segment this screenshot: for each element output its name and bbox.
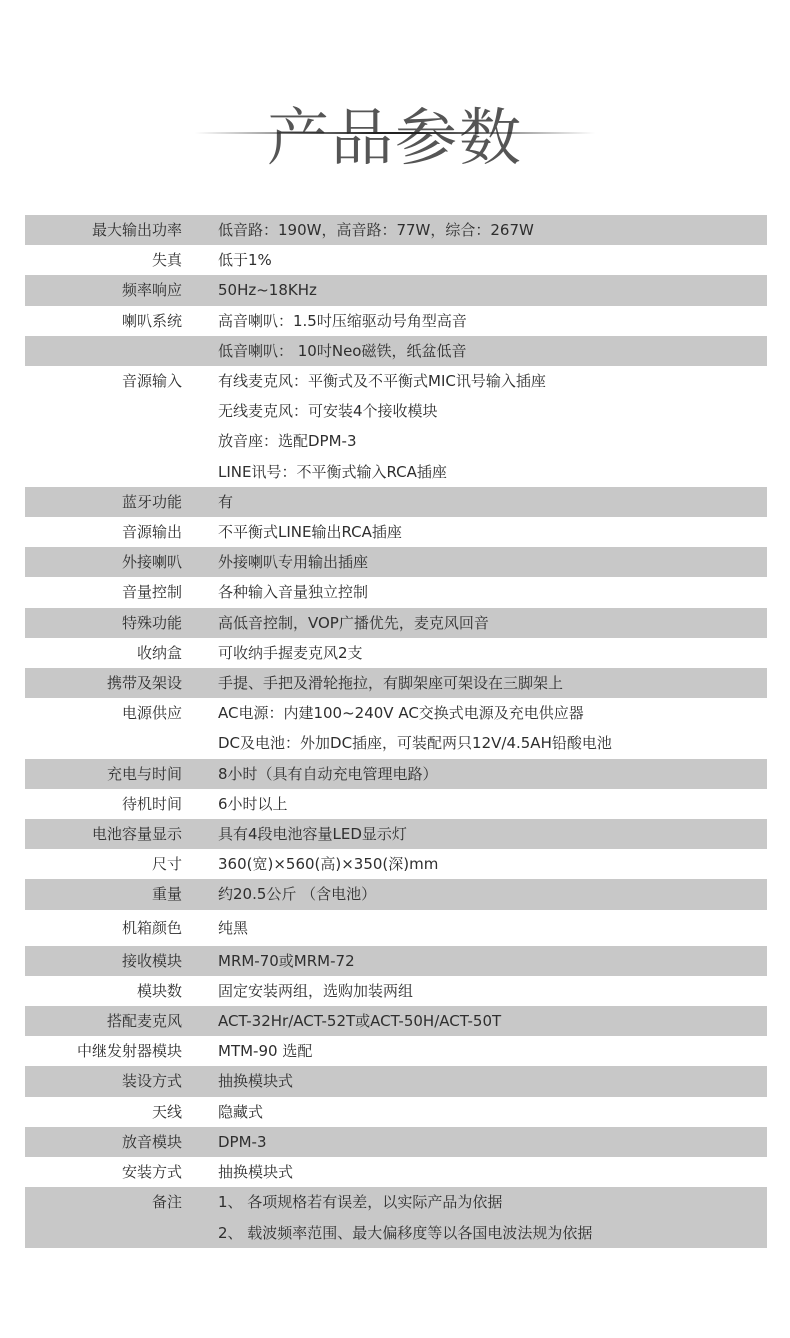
spec-row: 频率响应50Hz~18KHz: [25, 275, 767, 305]
spec-value: 各种输入音量独立控制: [218, 577, 767, 607]
spec-values: 固定安装两组，选购加装两组: [182, 976, 767, 1006]
spec-values: ACT-32Hr/ACT-52T或ACT-50H/ACT-50T: [182, 1006, 767, 1036]
spec-row: 2、 载波频率范围、最大偏移度等以各国电波法规为依据: [25, 1218, 767, 1248]
spec-values: 50Hz~18KHz: [182, 275, 767, 305]
spec-row: 收纳盒可收纳手握麦克风2支: [25, 638, 767, 668]
spec-label: 音源输入: [25, 366, 182, 396]
spec-value: 低于1%: [218, 245, 767, 275]
spec-values: 无线麦克风：可安装4个接收模块: [182, 396, 767, 426]
spec-row: 机箱颜色纯黑: [25, 910, 767, 946]
spec-label: 重量: [25, 879, 182, 909]
spec-values: 抽换模块式: [182, 1066, 767, 1096]
spec-label: 电源供应: [25, 698, 182, 728]
spec-value: 抽换模块式: [218, 1066, 767, 1096]
spec-values: DPM-3: [182, 1127, 767, 1157]
spec-values: 6小时以上: [182, 789, 767, 819]
spec-row: 天线隐藏式: [25, 1097, 767, 1127]
spec-label: 接收模块: [25, 946, 182, 976]
spec-value: LINE讯号：不平衡式输入RCA插座: [218, 457, 767, 487]
page-title: 产品参数: [0, 100, 790, 176]
spec-value: 纯黑: [218, 910, 767, 946]
spec-row: LINE讯号：不平衡式输入RCA插座: [25, 457, 767, 487]
spec-label: [25, 396, 182, 426]
spec-label: 音源输出: [25, 517, 182, 547]
spec-label: 安装方式: [25, 1157, 182, 1187]
spec-values: 约20.5公斤 （含电池）: [182, 879, 767, 909]
spec-values: MTM-90 选配: [182, 1036, 767, 1066]
spec-label: [25, 728, 182, 758]
spec-row: 无线麦克风：可安装4个接收模块: [25, 396, 767, 426]
spec-label: 机箱颜色: [25, 910, 182, 946]
spec-label: 尺寸: [25, 849, 182, 879]
spec-value: DC及电池：外加DC插座，可装配两只12V/4.5AH铅酸电池: [218, 728, 767, 758]
spec-value: 有线麦克风：平衡式及不平衡式MIC讯号输入插座: [218, 366, 767, 396]
spec-row: 接收模块MRM-70或MRM-72: [25, 946, 767, 976]
spec-values: 有: [182, 487, 767, 517]
spec-label: 待机时间: [25, 789, 182, 819]
spec-value: 具有4段电池容量LED显示灯: [218, 819, 767, 849]
spec-values: 可收纳手握麦克风2支: [182, 638, 767, 668]
spec-values: 360(宽)×560(高)×350(深)mm: [182, 849, 767, 879]
spec-row: 失真低于1%: [25, 245, 767, 275]
spec-label: 充电与时间: [25, 759, 182, 789]
spec-value: MTM-90 选配: [218, 1036, 767, 1066]
spec-row: 待机时间6小时以上: [25, 789, 767, 819]
spec-row: 搭配麦克风ACT-32Hr/ACT-52T或ACT-50H/ACT-50T: [25, 1006, 767, 1036]
spec-values: 放音座：选配DPM-3: [182, 426, 767, 456]
spec-label: 天线: [25, 1097, 182, 1127]
spec-values: 有线麦克风：平衡式及不平衡式MIC讯号输入插座: [182, 366, 767, 396]
spec-values: 低音路：190W，高音路：77W，综合：267W: [182, 215, 767, 245]
spec-row: DC及电池：外加DC插座，可装配两只12V/4.5AH铅酸电池: [25, 728, 767, 758]
spec-values: AC电源：内建100~240V AC交换式电源及充电供应器: [182, 698, 767, 728]
spec-label: [25, 426, 182, 456]
spec-value: 8小时（具有自动充电管理电路）: [218, 759, 767, 789]
spec-value: MRM-70或MRM-72: [218, 946, 767, 976]
spec-value: 约20.5公斤 （含电池）: [218, 879, 767, 909]
spec-row: 外接喇叭外接喇叭专用输出插座: [25, 547, 767, 577]
spec-label: [25, 457, 182, 487]
spec-row: 音源输出不平衡式LINE输出RCA插座: [25, 517, 767, 547]
spec-row: 音量控制各种输入音量独立控制: [25, 577, 767, 607]
spec-values: 外接喇叭专用输出插座: [182, 547, 767, 577]
spec-label: 特殊功能: [25, 608, 182, 638]
spec-label: 中继发射器模块: [25, 1036, 182, 1066]
spec-label: 喇叭系统: [25, 306, 182, 336]
spec-value: 不平衡式LINE输出RCA插座: [218, 517, 767, 547]
spec-row: 喇叭系统高音喇叭：1.5吋压缩驱动号角型高音: [25, 306, 767, 336]
spec-label: 频率响应: [25, 275, 182, 305]
spec-label: 备注: [25, 1187, 182, 1217]
spec-value: DPM-3: [218, 1127, 767, 1157]
spec-value: 2、 载波频率范围、最大偏移度等以各国电波法规为依据: [218, 1218, 767, 1248]
spec-label: 搭配麦克风: [25, 1006, 182, 1036]
spec-values: 手提、手把及滑轮拖拉，有脚架座可架设在三脚架上: [182, 668, 767, 698]
spec-label: 电池容量显示: [25, 819, 182, 849]
spec-value: 可收纳手握麦克风2支: [218, 638, 767, 668]
spec-value: 隐藏式: [218, 1097, 767, 1127]
spec-value: 抽换模块式: [218, 1157, 767, 1187]
spec-row: 低音喇叭： 10吋Neo磁铁，纸盆低音: [25, 336, 767, 366]
spec-value: 手提、手把及滑轮拖拉，有脚架座可架设在三脚架上: [218, 668, 767, 698]
spec-value: 低音喇叭： 10吋Neo磁铁，纸盆低音: [218, 336, 767, 366]
spec-row: 模块数固定安装两组，选购加装两组: [25, 976, 767, 1006]
spec-value: 高音喇叭：1.5吋压缩驱动号角型高音: [218, 306, 767, 336]
spec-values: 8小时（具有自动充电管理电路）: [182, 759, 767, 789]
spec-values: 低于1%: [182, 245, 767, 275]
spec-value: 外接喇叭专用输出插座: [218, 547, 767, 577]
spec-values: 2、 载波频率范围、最大偏移度等以各国电波法规为依据: [182, 1218, 767, 1248]
spec-values: 各种输入音量独立控制: [182, 577, 767, 607]
spec-row: 音源输入有线麦克风：平衡式及不平衡式MIC讯号输入插座: [25, 366, 767, 396]
spec-values: 不平衡式LINE输出RCA插座: [182, 517, 767, 547]
spec-row: 电池容量显示具有4段电池容量LED显示灯: [25, 819, 767, 849]
spec-row: 放音模块DPM-3: [25, 1127, 767, 1157]
spec-values: 1、 各项规格若有误差，以实际产品为依据: [182, 1187, 767, 1217]
spec-row: 安装方式抽换模块式: [25, 1157, 767, 1187]
spec-label: [25, 1218, 182, 1248]
spec-label: 携带及架设: [25, 668, 182, 698]
spec-row: 蓝牙功能有: [25, 487, 767, 517]
spec-row: 携带及架设手提、手把及滑轮拖拉，有脚架座可架设在三脚架上: [25, 668, 767, 698]
spec-row: 放音座：选配DPM-3: [25, 426, 767, 456]
spec-values: MRM-70或MRM-72: [182, 946, 767, 976]
spec-values: 抽换模块式: [182, 1157, 767, 1187]
spec-label: [25, 336, 182, 366]
spec-values: DC及电池：外加DC插座，可装配两只12V/4.5AH铅酸电池: [182, 728, 767, 758]
spec-row: 重量约20.5公斤 （含电池）: [25, 879, 767, 909]
spec-values: 具有4段电池容量LED显示灯: [182, 819, 767, 849]
spec-label: 装设方式: [25, 1066, 182, 1096]
spec-values: 隐藏式: [182, 1097, 767, 1127]
spec-values: 纯黑: [182, 910, 767, 946]
spec-row: 充电与时间8小时（具有自动充电管理电路）: [25, 759, 767, 789]
spec-label: 最大输出功率: [25, 215, 182, 245]
spec-values: LINE讯号：不平衡式输入RCA插座: [182, 457, 767, 487]
spec-label: 模块数: [25, 976, 182, 1006]
title-divider: [195, 132, 595, 134]
spec-row: 最大输出功率低音路：190W，高音路：77W，综合：267W: [25, 215, 767, 245]
spec-value: 360(宽)×560(高)×350(深)mm: [218, 849, 767, 879]
spec-value: 1、 各项规格若有误差，以实际产品为依据: [218, 1187, 767, 1217]
spec-label: 失真: [25, 245, 182, 275]
spec-row: 备注1、 各项规格若有误差，以实际产品为依据: [25, 1187, 767, 1217]
spec-value: 低音路：190W，高音路：77W，综合：267W: [218, 215, 767, 245]
spec-label: 放音模块: [25, 1127, 182, 1157]
spec-table: 最大输出功率低音路：190W，高音路：77W，综合：267W失真低于1%频率响应…: [25, 215, 767, 1248]
spec-row: 尺寸360(宽)×560(高)×350(深)mm: [25, 849, 767, 879]
spec-row: 电源供应AC电源：内建100~240V AC交换式电源及充电供应器: [25, 698, 767, 728]
spec-value: 固定安装两组，选购加装两组: [218, 976, 767, 1006]
spec-row: 特殊功能高低音控制，VOP广播优先，麦克风回音: [25, 608, 767, 638]
spec-label: 蓝牙功能: [25, 487, 182, 517]
spec-row: 中继发射器模块MTM-90 选配: [25, 1036, 767, 1066]
spec-values: 高音喇叭：1.5吋压缩驱动号角型高音: [182, 306, 767, 336]
spec-label: 外接喇叭: [25, 547, 182, 577]
spec-row: 装设方式抽换模块式: [25, 1066, 767, 1096]
spec-value: 有: [218, 487, 767, 517]
spec-label: 收纳盒: [25, 638, 182, 668]
spec-value: 无线麦克风：可安装4个接收模块: [218, 396, 767, 426]
spec-value: 高低音控制，VOP广播优先，麦克风回音: [218, 608, 767, 638]
spec-values: 高低音控制，VOP广播优先，麦克风回音: [182, 608, 767, 638]
spec-label: 音量控制: [25, 577, 182, 607]
spec-value: 50Hz~18KHz: [218, 275, 767, 305]
spec-value: ACT-32Hr/ACT-52T或ACT-50H/ACT-50T: [218, 1006, 767, 1036]
spec-value: AC电源：内建100~240V AC交换式电源及充电供应器: [218, 698, 767, 728]
spec-value: 放音座：选配DPM-3: [218, 426, 767, 456]
spec-value: 6小时以上: [218, 789, 767, 819]
spec-values: 低音喇叭： 10吋Neo磁铁，纸盆低音: [182, 336, 767, 366]
